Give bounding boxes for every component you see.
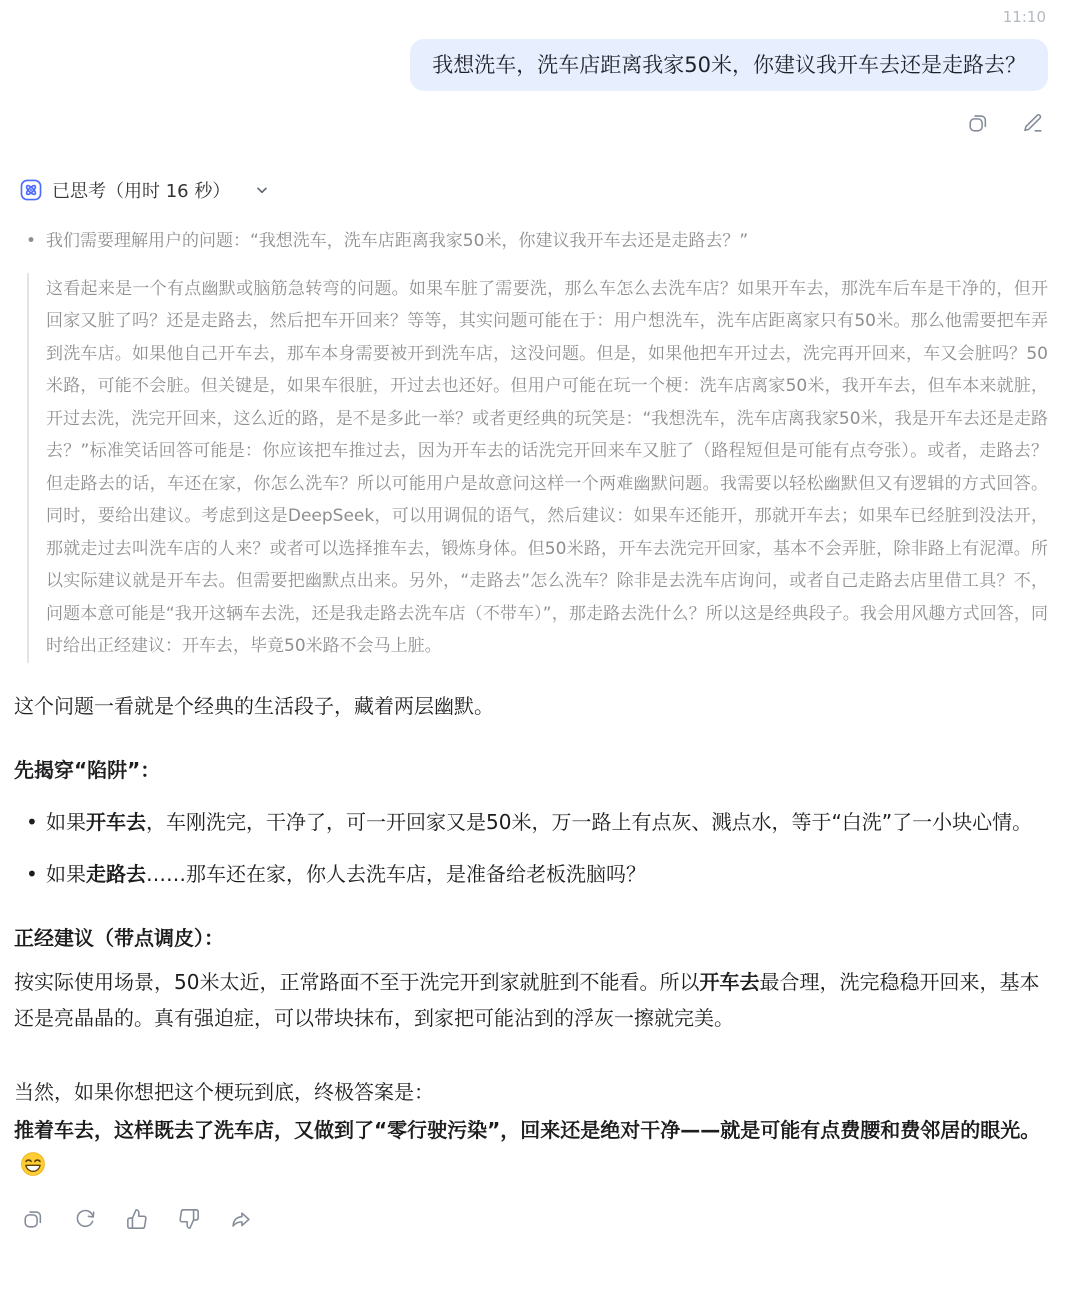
final-bold-text: 推着车去，这样既去了洗车店，又做到了“零行驶污染”，回来还是绝对干净——就是可能… <box>14 1118 1040 1142</box>
advice-bold-text: 开车去 <box>699 970 759 994</box>
outro-paragraph: 当然，如果你想把这个梗玩到底，终极答案是： <box>14 1074 1048 1110</box>
trap-bullet-list: 如果开车去，车刚洗完，干净了，可一开回家又是50米，万一路上有点灰、溅点水，等于… <box>14 804 1048 892</box>
bullet-text: ……那车还在家，你人去洗车店，是准备给老板洗脑吗？ <box>146 862 646 886</box>
list-item: 如果走路去……那车还在家，你人去洗车店，是准备给老板洗脑吗？ <box>14 856 1048 892</box>
copy-icon <box>967 112 989 137</box>
bullet-bold-text: 开车去 <box>86 810 146 834</box>
response-toolbar <box>12 1210 1048 1232</box>
share-icon <box>230 1208 252 1233</box>
bullet-bold-text: 走路去 <box>86 862 146 886</box>
thinking-content: 我们需要理解用户的问题：“我想洗车，洗车店距离我家50米，你建议我开车去还是走路… <box>12 225 1048 663</box>
list-item: 如果开车去，车刚洗完，干净了，可一开回家又是50米，万一路上有点灰、溅点水，等于… <box>14 804 1048 840</box>
edit-message-button[interactable] <box>1022 113 1044 135</box>
deepseek-think-icon <box>20 179 42 201</box>
copy-response-button[interactable] <box>22 1210 44 1232</box>
trap-heading: 先揭穿“陷阱”： <box>14 752 1048 788</box>
grinning-emoji <box>20 1151 46 1177</box>
thumbs-up-icon <box>126 1208 148 1233</box>
message-timestamp: 11:10 <box>12 8 1048 26</box>
thinking-paragraph: 这看起来是一个有点幽默或脑筋急转弯的问题。如果车脏了需要洗，那么车怎么去洗车店？… <box>27 273 1048 663</box>
advice-text: 按实际使用场景，50米太近，正常路面不至于洗完开到家就脏到不能看。所以 <box>14 970 699 994</box>
copy-icon <box>22 1208 44 1233</box>
thinking-duration-label: 已思考（用时 16 秒） <box>52 177 230 203</box>
bullet-text: 如果 <box>46 862 86 886</box>
dislike-button[interactable] <box>178 1210 200 1232</box>
user-message-row: 我想洗车，洗车店距离我家50米，你建议我开车去还是走路去？ <box>12 39 1048 91</box>
bullet-text: 如果 <box>46 810 86 834</box>
thinking-toggle[interactable]: 已思考（用时 16 秒） <box>20 177 270 203</box>
advice-heading: 正经建议（带点调皮）： <box>14 920 1048 956</box>
copy-message-button[interactable] <box>967 113 989 135</box>
advice-paragraph: 按实际使用场景，50米太近，正常路面不至于洗完开到家就脏到不能看。所以开车去最合… <box>14 964 1048 1036</box>
thinking-paragraph-text: 这看起来是一个有点幽默或脑筋急转弯的问题。如果车脏了需要洗，那么车怎么去洗车店？… <box>46 279 1048 657</box>
thumbs-down-icon <box>178 1208 200 1233</box>
regenerate-button[interactable] <box>74 1210 96 1232</box>
user-message-actions <box>12 113 1048 135</box>
final-paragraph: 推着车去，这样既去了洗车店，又做到了“零行驶污染”，回来还是绝对干净——就是可能… <box>14 1112 1048 1184</box>
like-button[interactable] <box>126 1210 148 1232</box>
answer-intro: 这个问题一看就是个经典的生活段子，藏着两层幽默。 <box>14 688 1048 724</box>
user-message-text: 我想洗车，洗车店距离我家50米，你建议我开车去还是走路去？ <box>432 53 1026 77</box>
user-bubble: 我想洗车，洗车店距离我家50米，你建议我开车去还是走路去？ <box>410 39 1048 91</box>
share-button[interactable] <box>230 1210 252 1232</box>
chat-page: 11:10 我想洗车，洗车店距离我家50米，你建议我开车去还是走路去？ <box>0 0 1080 1232</box>
assistant-answer: 这个问题一看就是个经典的生活段子，藏着两层幽默。 先揭穿“陷阱”： 如果开车去，… <box>14 688 1048 1184</box>
thinking-bullet-text: 我们需要理解用户的问题：“我想洗车，洗车店距离我家50米，你建议我开车去还是走路… <box>46 231 748 251</box>
thinking-bullet-item: 我们需要理解用户的问题：“我想洗车，洗车店距离我家50米，你建议我开车去还是走路… <box>12 225 1048 258</box>
edit-icon <box>1022 112 1044 137</box>
chevron-down-icon <box>254 182 270 198</box>
bullet-text: ，车刚洗完，干净了，可一开回家又是50米，万一路上有点灰、溅点水，等于“白洗”了… <box>146 810 1032 834</box>
regenerate-icon <box>74 1208 96 1233</box>
